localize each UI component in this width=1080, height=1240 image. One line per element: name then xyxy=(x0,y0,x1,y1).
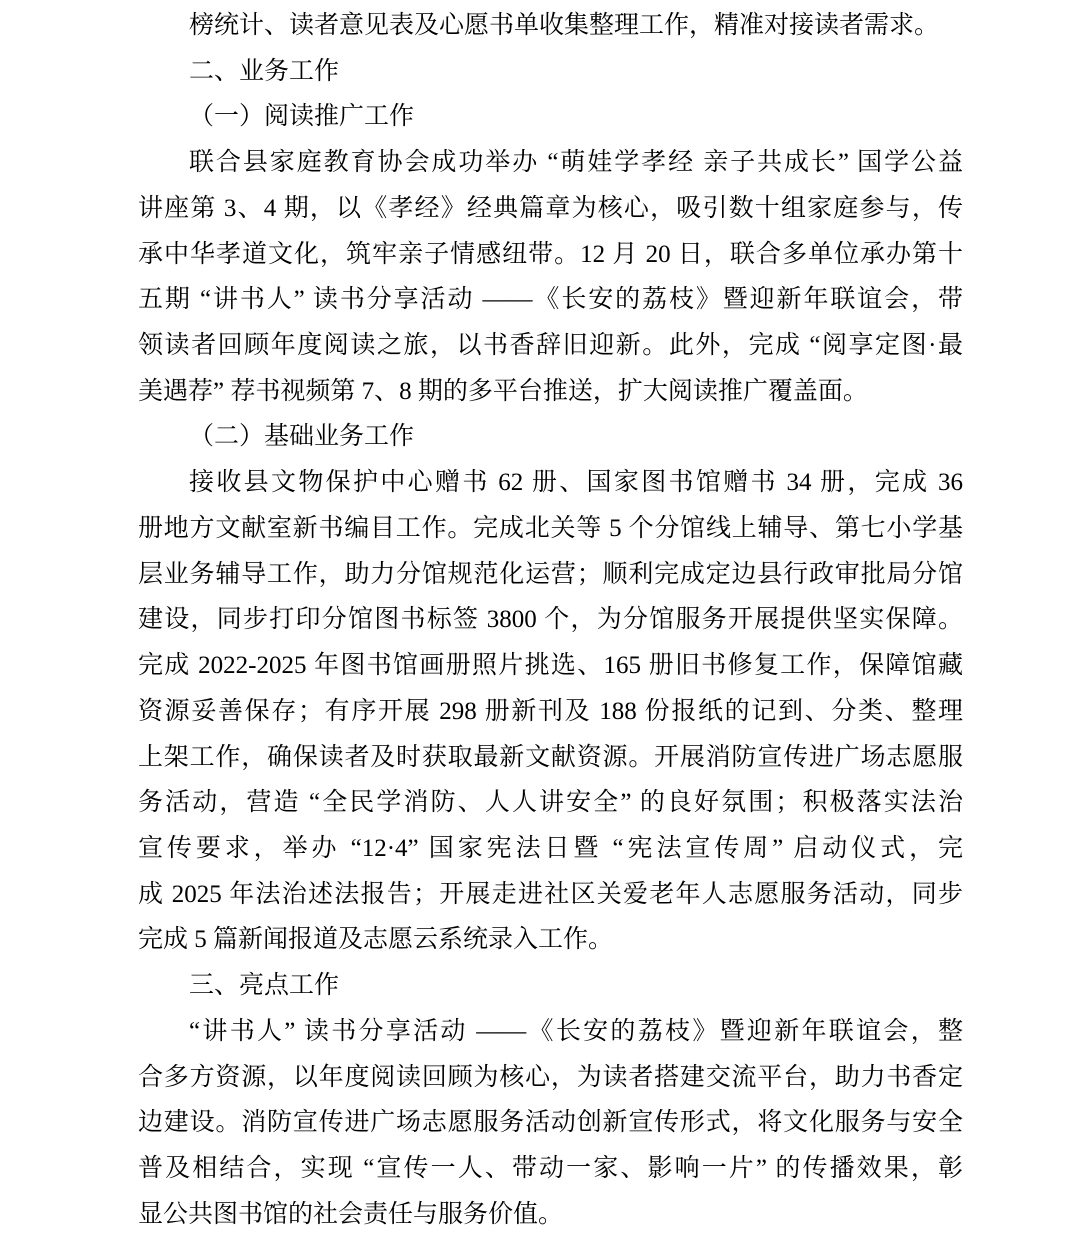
document-body: 榜统计、读者意见表及心愿书单收集整理工作，精准对接读者需求。二、业务工作（一）阅… xyxy=(138,3,963,1237)
page: 榜统计、读者意见表及心愿书单收集整理工作，精准对接读者需求。二、业务工作（一）阅… xyxy=(0,0,1080,1240)
text-line: “讲书人” 读书分享活动 ——《长安的荔枝》暨迎新年联谊会，整 xyxy=(138,1009,963,1055)
text-line: 五期 “讲书人” 读书分享活动 ——《长安的荔枝》暨迎新年联谊会，带 xyxy=(138,277,963,323)
text-line: 榜统计、读者意见表及心愿书单收集整理工作，精准对接读者需求。 xyxy=(138,3,963,49)
text-line: 宣传要求，举办 “12·4” 国家宪法日暨 “宪法宣传周” 启动仪式，完 xyxy=(138,826,963,872)
text-line: 合多方资源，以年度阅读回顾为核心，为读者搭建交流平台，助力书香定 xyxy=(138,1055,963,1101)
text-line: 三、亮点工作 xyxy=(138,963,963,1009)
text-line: 接收县文物保护中心赠书 62 册、国家图书馆赠书 34 册，完成 36 xyxy=(138,460,963,506)
text-line: 上架工作，确保读者及时获取最新文献资源。开展消防宣传进广场志愿服 xyxy=(138,735,963,781)
text-line: 美遇荐” 荐书视频第 7、8 期的多平台推送，扩大阅读推广覆盖面。 xyxy=(138,369,963,415)
text-line: 领读者回顾年度阅读之旅，以书香辞旧迎新。此外，完成 “阅享定图·最 xyxy=(138,323,963,369)
text-line: 完成 2022-2025 年图书馆画册照片挑选、165 册旧书修复工作，保障馆藏 xyxy=(138,643,963,689)
text-line: 联合县家庭教育协会成功举办 “萌娃学孝经 亲子共成长” 国学公益 xyxy=(138,140,963,186)
text-line: 边建设。消防宣传进广场志愿服务活动创新宣传形式，将文化服务与安全 xyxy=(138,1100,963,1146)
text-line: 成 2025 年法治述法报告；开展走进社区关爱老年人志愿服务活动，同步 xyxy=(138,872,963,918)
text-line: 二、业务工作 xyxy=(138,49,963,95)
text-line: 普及相结合，实现 “宣传一人、带动一家、影响一片” 的传播效果，彰 xyxy=(138,1146,963,1192)
text-line: 层业务辅导工作，助力分馆规范化运营；顺利完成定边县行政审批局分馆 xyxy=(138,552,963,598)
text-line: （一）阅读推广工作 xyxy=(138,94,963,140)
text-line: 承中华孝道文化，筑牢亲子情感纽带。12 月 20 日，联合多单位承办第十 xyxy=(138,232,963,278)
text-line: 册地方文献室新书编目工作。完成北关等 5 个分馆线上辅导、第七小学基 xyxy=(138,506,963,552)
text-line: 建设，同步打印分馆图书标签 3800 个，为分馆服务开展提供坚实保障。 xyxy=(138,597,963,643)
text-line: 务活动，营造 “全民学消防、人人讲安全” 的良好氛围；积极落实法治 xyxy=(138,780,963,826)
text-line: 完成 5 篇新闻报道及志愿云系统录入工作。 xyxy=(138,917,963,963)
text-line: 讲座第 3、4 期，以《孝经》经典篇章为核心，吸引数十组家庭参与，传 xyxy=(138,186,963,232)
text-line: 资源妥善保存；有序开展 298 册新刊及 188 份报纸的记到、分类、整理 xyxy=(138,689,963,735)
text-line: （二）基础业务工作 xyxy=(138,414,963,460)
text-line: 显公共图书馆的社会责任与服务价值。 xyxy=(138,1192,963,1238)
